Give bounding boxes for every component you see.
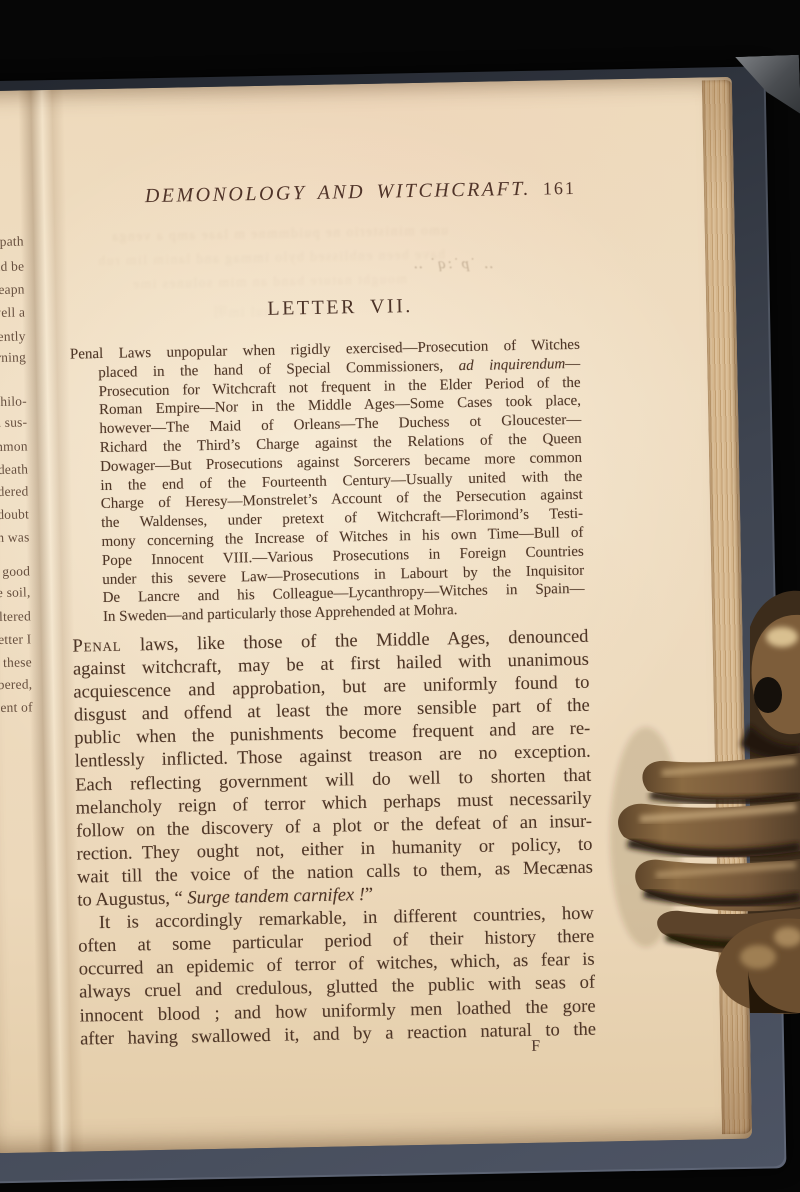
chapter-summary: Penal Laws unpopular when rigidly exerci… [70,336,585,628]
facing-page-fragment: the good [0,563,30,580]
facing-page-fragment: altered [0,608,31,625]
facing-page-fragment: rendered [0,483,29,500]
page-number: 161 [543,178,576,200]
book-photograph: umo ministerio ne puidmmne m laae amp a … [0,0,800,1192]
body-text: Penal laws, like those of the Middle Age… [72,626,596,1052]
signature-mark: F [531,1038,540,1056]
facing-page-fragment: ve these [0,654,32,671]
facing-page-fragment: hich was [0,529,30,546]
facing-page-fragment: ment of [0,699,33,716]
show-through-row: mought nature band an mim solunes ime [131,271,406,292]
facing-page-fragment: letter I [0,631,32,648]
show-through-row: umo ministerio ne puidmmne m laae amp a … [111,222,449,244]
facing-page-fragment: ot doubt [0,506,29,523]
facing-page-fragment: mbered, [0,676,32,693]
bronze-hand-icon [600,575,800,1015]
show-through-row: have been enblissed bylo immag and lanim… [97,246,445,269]
facing-page-fragment: the soil, [0,584,31,601]
show-through-row: ‥ ˙p˙:q˙ ‥ [411,254,494,273]
